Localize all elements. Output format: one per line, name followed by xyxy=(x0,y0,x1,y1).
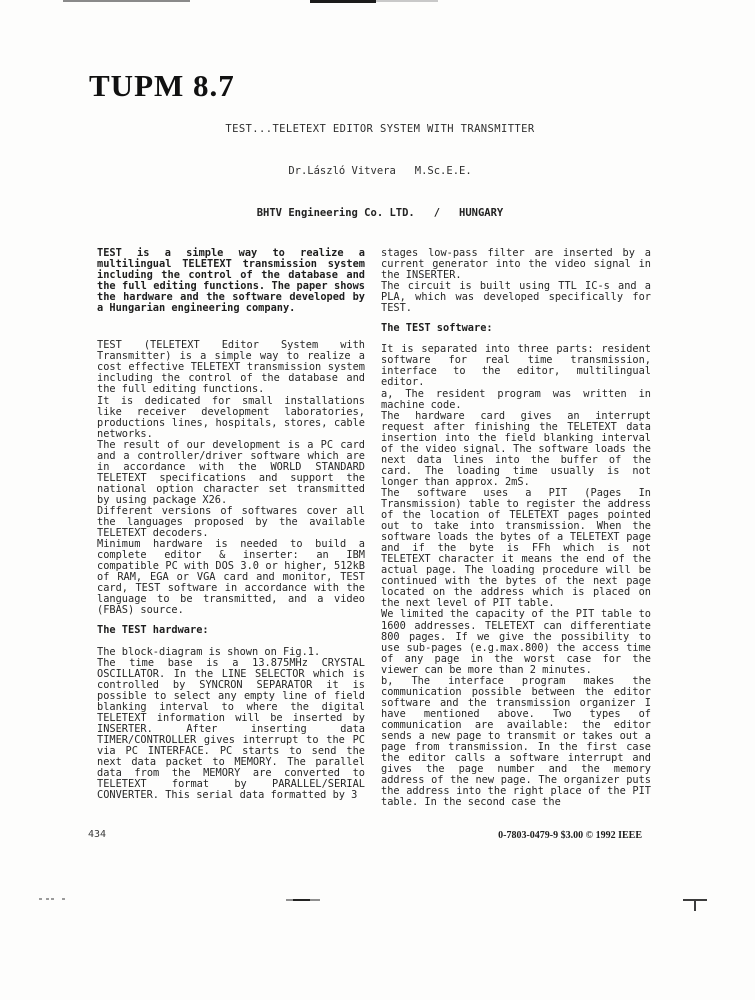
scan-artifact-dot xyxy=(51,898,54,900)
scanned-paper-page: TUPM 8.7 TEST...TELETEXT EDITOR SYSTEM W… xyxy=(0,0,755,1000)
paragraph: The hardware card gives an interrupt req… xyxy=(381,411,651,488)
paper-title: TEST...TELETEXT EDITOR SYSTEM WITH TRANS… xyxy=(100,123,660,135)
paragraph: a, The resident program was written in m… xyxy=(381,389,651,411)
paragraph: The result of our development is a PC ca… xyxy=(97,440,365,506)
copyright-line: 0-7803-0479-9 $3.00 © 1992 IEEE xyxy=(498,830,642,841)
paragraph: Different versions of softwares cover al… xyxy=(97,506,365,539)
paragraph: It is separated into three parts: reside… xyxy=(381,344,651,388)
paper-author: Dr.László Vitvera M.Sc.E.E. xyxy=(100,165,660,177)
paper-affiliation: BHTV Engineering Co. LTD. / HUNGARY xyxy=(100,207,660,219)
scan-artifact-dot xyxy=(62,898,65,900)
scan-artifact-dot xyxy=(46,898,49,900)
paragraph: TEST (TELETEXT Editor System with Transm… xyxy=(97,340,365,395)
left-column: TEST is a simple way to realize a multil… xyxy=(97,248,365,801)
scan-artifact-tee-mark-stem xyxy=(694,899,696,911)
paragraph: We limited the capacity of the PIT table… xyxy=(381,609,651,675)
section-heading-hardware: The TEST hardware: xyxy=(97,625,365,636)
scan-artifact-dash xyxy=(286,899,320,901)
scan-artifact-dot xyxy=(39,898,42,900)
paragraph: Minimum hardware is needed to build a co… xyxy=(97,539,365,616)
paragraph: stages low-pass filter are inserted by a… xyxy=(381,248,651,281)
paragraph: The time base is a 13.875MHz CRYSTAL OSC… xyxy=(97,658,365,802)
paragraph: The circuit is built using TTL IC-s and … xyxy=(381,281,651,314)
paragraph: The block-diagram is shown on Fig.1. xyxy=(97,647,365,658)
paragraph: b, The interface program makes the commu… xyxy=(381,676,651,809)
paper-id: TUPM 8.7 xyxy=(89,68,235,104)
paragraph: It is dedicated for small installations … xyxy=(97,396,365,440)
scan-artifact-top-light-line xyxy=(376,0,438,2)
scan-artifact-top-black-line xyxy=(310,0,376,3)
page-number: 434 xyxy=(88,829,106,840)
section-heading-software: The TEST software: xyxy=(381,323,651,334)
scan-artifact-top-gray-line xyxy=(63,0,190,2)
right-column: stages low-pass filter are inserted by a… xyxy=(381,248,651,808)
abstract-text: TEST is a simple way to realize a multil… xyxy=(97,248,365,314)
paragraph: The software uses a PIT (Pages In Transm… xyxy=(381,488,651,610)
